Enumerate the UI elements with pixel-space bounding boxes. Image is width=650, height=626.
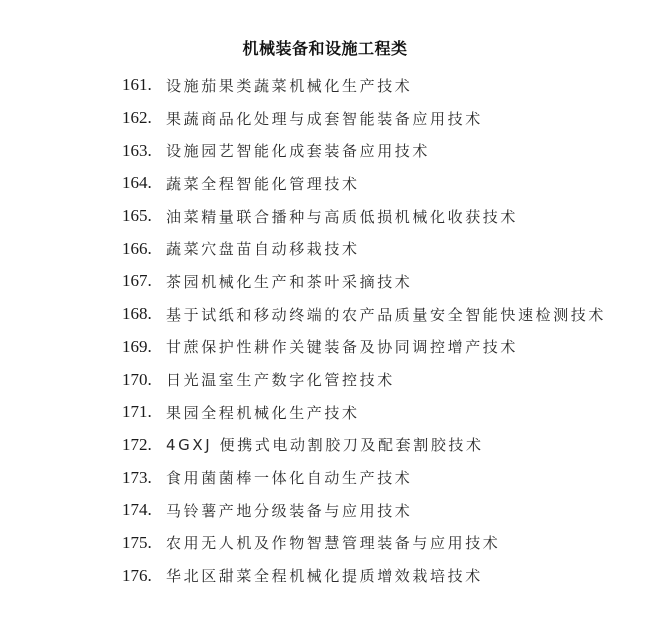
document-page: 机械装备和设施工程类 161. 设施茄果类蔬菜机械化生产技术 162. 果蔬商品… bbox=[0, 0, 650, 626]
item-text: 基于试纸和移动终端的农产品质量安全智能快速检测技术 bbox=[166, 304, 606, 325]
item-number: 174. bbox=[122, 500, 166, 520]
item-number: 173. bbox=[122, 468, 166, 488]
item-text: 果园全程机械化生产技术 bbox=[166, 402, 360, 423]
item-number: 169. bbox=[122, 337, 166, 357]
list-item: 168. 基于试纸和移动终端的农产品质量安全智能快速检测技术 bbox=[122, 298, 606, 331]
item-number: 167. bbox=[122, 271, 166, 291]
item-text: 设施园艺智能化成套装备应用技术 bbox=[166, 140, 430, 161]
list-item: 171. 果园全程机械化生产技术 bbox=[122, 396, 606, 429]
list-item: 176. 华北区甜菜全程机械化提质增效栽培技术 bbox=[122, 559, 606, 592]
item-number: 164. bbox=[122, 173, 166, 193]
item-text: 茶园机械化生产和茶叶采摘技术 bbox=[166, 271, 412, 292]
item-text: 食用菌菌棒一体化自动生产技术 bbox=[166, 467, 412, 488]
list-item: 173. 食用菌菌棒一体化自动生产技术 bbox=[122, 461, 606, 494]
item-number: 161. bbox=[122, 75, 166, 95]
item-text: 果蔬商品化处理与成套智能装备应用技术 bbox=[166, 108, 483, 129]
item-text: 农用无人机及作物智慧管理装备与应用技术 bbox=[166, 532, 500, 553]
list-item: 170. 日光温室生产数字化管控技术 bbox=[122, 363, 606, 396]
item-number: 176. bbox=[122, 566, 166, 586]
item-number: 165. bbox=[122, 206, 166, 226]
list-item: 166. 蔬菜穴盘苗自动移栽技术 bbox=[122, 232, 606, 265]
item-text: 马铃薯产地分级装备与应用技术 bbox=[166, 500, 412, 521]
list-item: 174. 马铃薯产地分级装备与应用技术 bbox=[122, 494, 606, 527]
item-number: 175. bbox=[122, 533, 166, 553]
list-item: 164. 蔬菜全程智能化管理技术 bbox=[122, 167, 606, 200]
item-number: 168. bbox=[122, 304, 166, 324]
item-number: 162. bbox=[122, 108, 166, 128]
item-number: 172. bbox=[122, 435, 166, 455]
list-item: 169. 甘蔗保护性耕作关键装备及协同调控增产技术 bbox=[122, 331, 606, 364]
list-item: 165. 油菜精量联合播种与高质低损机械化收获技术 bbox=[122, 200, 606, 233]
list-item: 161. 设施茄果类蔬菜机械化生产技术 bbox=[122, 69, 606, 102]
item-text: 蔬菜全程智能化管理技术 bbox=[166, 173, 360, 194]
item-text: 油菜精量联合播种与高质低损机械化收获技术 bbox=[166, 206, 518, 227]
item-text: 华北区甜菜全程机械化提质增效栽培技术 bbox=[166, 565, 483, 586]
item-text: 甘蔗保护性耕作关键装备及协同调控增产技术 bbox=[166, 336, 518, 357]
section-title: 机械装备和设施工程类 bbox=[0, 37, 650, 61]
item-number: 166. bbox=[122, 239, 166, 259]
item-text: 4GXJ 便携式电动割胶刀及配套割胶技术 bbox=[166, 434, 484, 455]
list-item: 175. 农用无人机及作物智慧管理装备与应用技术 bbox=[122, 527, 606, 560]
list-item: 172. 4GXJ 便携式电动割胶刀及配套割胶技术 bbox=[122, 429, 606, 462]
list-item: 162. 果蔬商品化处理与成套智能装备应用技术 bbox=[122, 102, 606, 135]
item-text: 设施茄果类蔬菜机械化生产技术 bbox=[166, 75, 412, 96]
item-number: 163. bbox=[122, 141, 166, 161]
item-number: 170. bbox=[122, 370, 166, 390]
item-text: 蔬菜穴盘苗自动移栽技术 bbox=[166, 238, 360, 259]
list-item: 163. 设施园艺智能化成套装备应用技术 bbox=[122, 134, 606, 167]
list-item: 167. 茶园机械化生产和茶叶采摘技术 bbox=[122, 265, 606, 298]
technology-list: 161. 设施茄果类蔬菜机械化生产技术 162. 果蔬商品化处理与成套智能装备应… bbox=[122, 69, 606, 592]
item-text: 日光温室生产数字化管控技术 bbox=[166, 369, 395, 390]
item-number: 171. bbox=[122, 402, 166, 422]
